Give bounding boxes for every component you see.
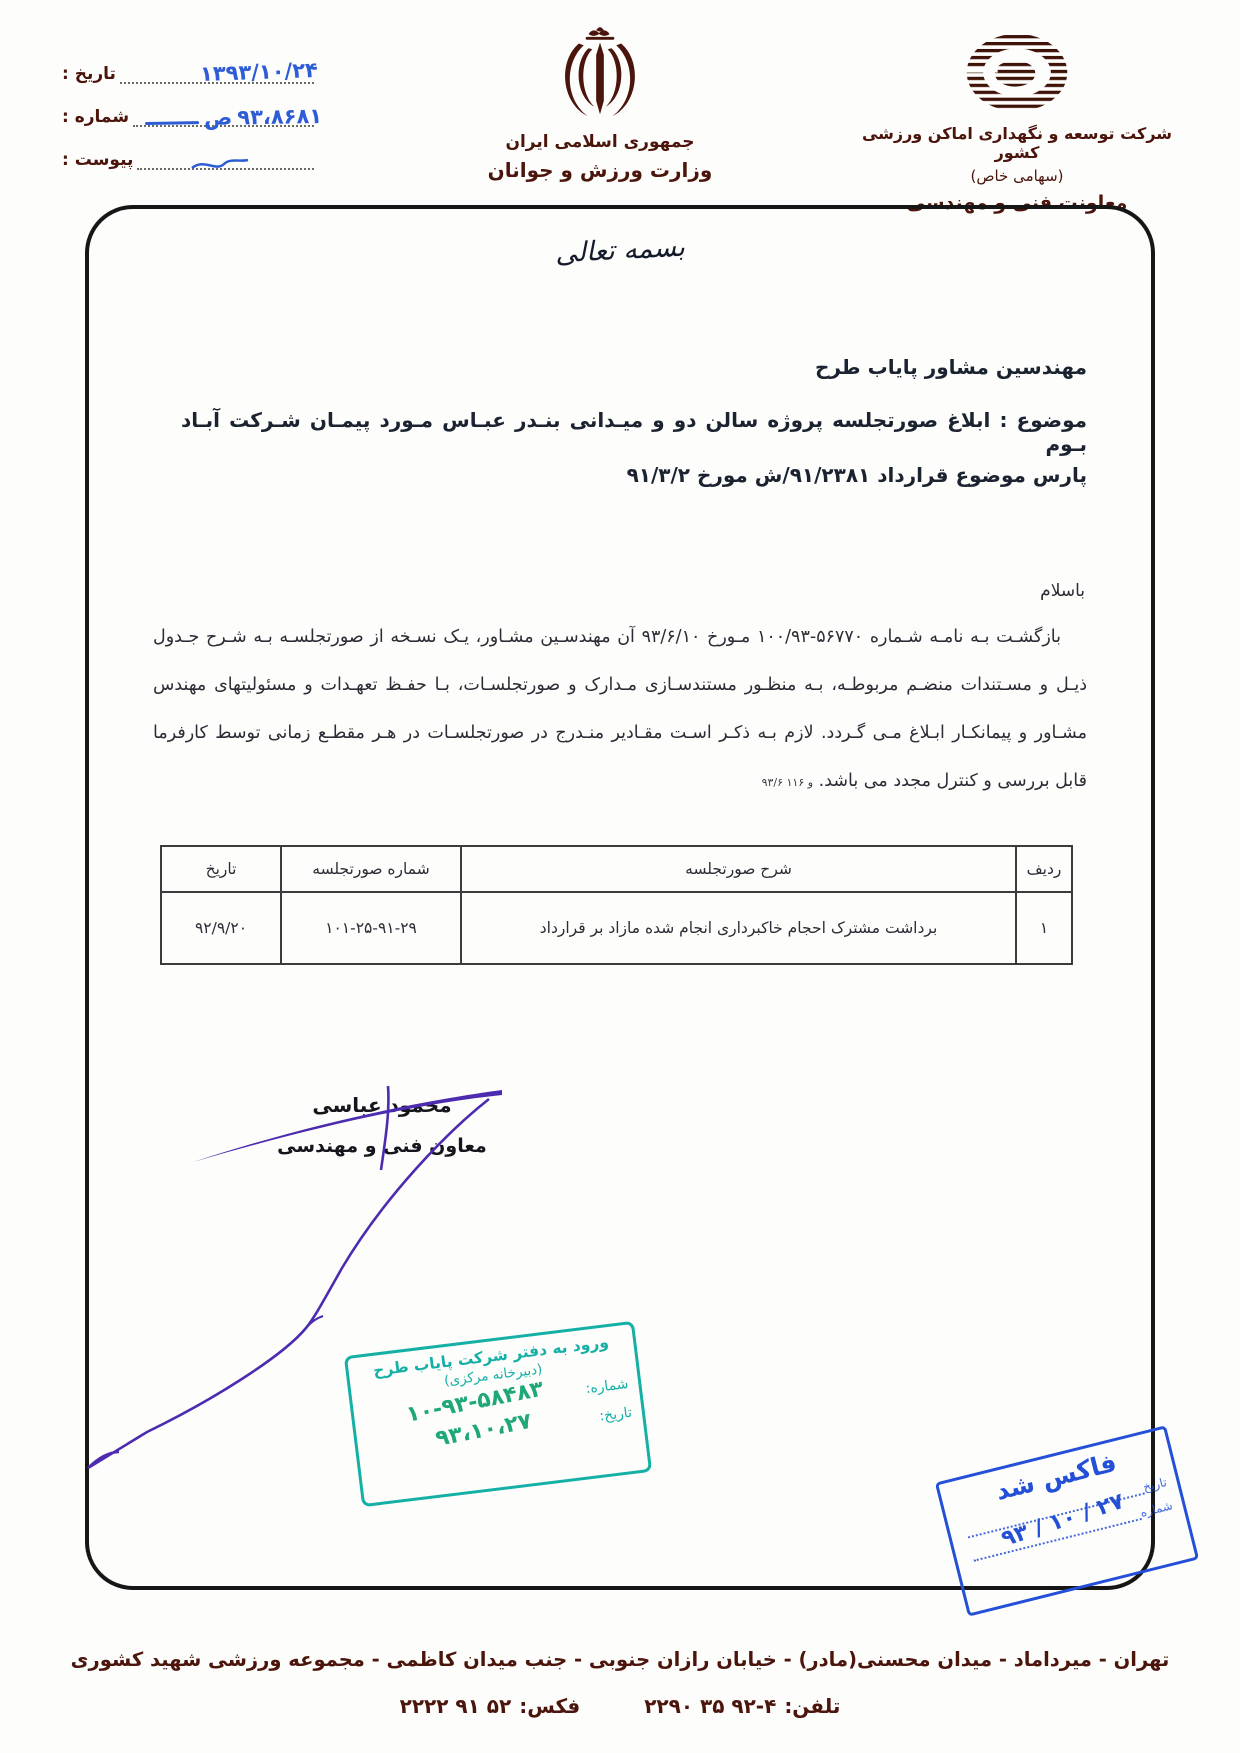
header-row-index: ردیف	[1016, 846, 1072, 892]
table-row: ۱ برداشت مشترک احجام خاکبرداری انجام شده…	[161, 892, 1072, 964]
header-minutes-number: شماره صورتجلسه	[281, 846, 461, 892]
footer-phone: تلفن: ۲۲۹۰ ۳۵ ۹۲-۴	[644, 1694, 840, 1718]
entry-number-label: شماره:	[585, 1375, 630, 1396]
body-text: بازگشـت بـه نامـه شـماره ۵۶۷۷۰-۱۰۰/۹۳ مـ…	[153, 627, 1087, 791]
date-dotted-line: ۱۳۹۳/۱۰/۲۴	[120, 64, 314, 84]
meta-number-row: شماره : ص ۹۳،۸۶۸۱	[62, 101, 320, 127]
besmele-calligraphy: بسمه تعالی	[89, 207, 1151, 294]
iran-emblem-icon	[557, 26, 643, 126]
company-brand: شرکت توسعه و نگهداری اماکن ورزشی کشور (س…	[852, 28, 1182, 214]
recipient-line: مهندسین مشاور پایاب طرح	[815, 355, 1087, 379]
cell-minutes-number: ۱۰۱-۲۵-۹۱-۲۹	[281, 892, 461, 964]
number-dotted-line: ص ۹۳،۸۶۸۱	[133, 107, 314, 127]
handwritten-date: ۱۳۹۳/۱۰/۲۴	[200, 58, 319, 86]
number-digits: ۹۳،۸۶۸۱	[237, 104, 322, 129]
number-label: شماره :	[62, 107, 129, 127]
cell-description: برداشت مشترک احجام خاکبرداری انجام شده م…	[461, 892, 1016, 964]
header-description: شرح صورتجلسه	[461, 846, 1016, 892]
republic-title: جمهوری اسلامی ایران	[445, 132, 755, 152]
salutation: باسلام	[1040, 581, 1085, 601]
meta-attachment-row: پیوست :	[62, 144, 320, 170]
signer-title: معاون فنی و مهندسی	[237, 1135, 527, 1157]
meta-date-row: تاریخ : ۱۳۹۳/۱۰/۲۴	[62, 58, 320, 84]
ministry-brand: جمهوری اسلامی ایران وزارت ورزش و جوانان	[445, 26, 755, 182]
footer-address: تهران - میرداماد - میدان محسنی(مادر) - خ…	[0, 1648, 1240, 1671]
footer-contact-row: تلفن: ۲۲۹۰ ۳۵ ۹۲-۴ فکس: ۲۲۲۲ ۹۱ ۵۲	[0, 1694, 1240, 1718]
cell-date: ۹۲/۹/۲۰	[161, 892, 281, 964]
company-striped-oval-logo-icon	[959, 28, 1075, 120]
scanned-letter-page: تاریخ : ۱۳۹۳/۱۰/۲۴ شماره : ص ۹۳،۸۶۸۱ پیو…	[0, 0, 1240, 1753]
subject-line-2: پارس موضوع قرارداد ۹۱/۲۳۸۱/ش مورخ ۹۱/۳/۲	[627, 463, 1087, 487]
subject-line-1: موضوع : ابلاغ صورتجلسه پروژه سالن دو و م…	[181, 408, 1087, 456]
number-suffix-letter: ص	[204, 106, 233, 130]
phone-label: تلفن:	[784, 1694, 840, 1718]
signature-block: محمود عباسی معاون فنی و مهندسی	[237, 1093, 527, 1157]
ministry-title: وزارت ورزش و جوانان	[445, 158, 755, 182]
letter-body-paragraph: بازگشـت بـه نامـه شـماره ۵۶۷۷۰-۱۰۰/۹۳ مـ…	[153, 613, 1087, 807]
letter-meta-block: تاریخ : ۱۳۹۳/۱۰/۲۴ شماره : ص ۹۳،۸۶۸۱ پیو…	[62, 58, 320, 187]
entry-date-label: تاریخ:	[598, 1404, 632, 1424]
handwritten-number: ص ۹۳،۸۶۸۱	[205, 104, 323, 130]
attachment-dotted-line	[137, 150, 314, 170]
minutes-table: ردیف شرح صورتجلسه شماره صورتجلسه تاریخ ۱…	[160, 845, 1073, 965]
pen-dash-stroke	[145, 121, 199, 125]
table-header-row: ردیف شرح صورتجلسه شماره صورتجلسه تاریخ	[161, 846, 1072, 892]
phone-value: ۲۲۹۰ ۳۵ ۹۲-۴	[644, 1694, 776, 1718]
body-margin-note: و ۱۱۶ ۹۳/۶	[762, 776, 813, 789]
fax-label: فکس:	[519, 1694, 580, 1718]
footer-fax: فکس: ۲۲۲۲ ۹۱ ۵۲	[400, 1694, 581, 1718]
pen-squiggle-mark	[190, 154, 250, 176]
attachment-label: پیوست :	[62, 150, 133, 170]
signer-name: محمود عباسی	[237, 1093, 527, 1117]
header-date: تاریخ	[161, 846, 281, 892]
company-name: شرکت توسعه و نگهداری اماکن ورزشی کشور	[852, 124, 1182, 162]
company-type: (سهامی خاص)	[852, 167, 1182, 185]
fax-value: ۲۲۲۲ ۹۱ ۵۲	[400, 1694, 512, 1718]
cell-row-index: ۱	[1016, 892, 1072, 964]
date-label: تاریخ :	[62, 64, 116, 84]
